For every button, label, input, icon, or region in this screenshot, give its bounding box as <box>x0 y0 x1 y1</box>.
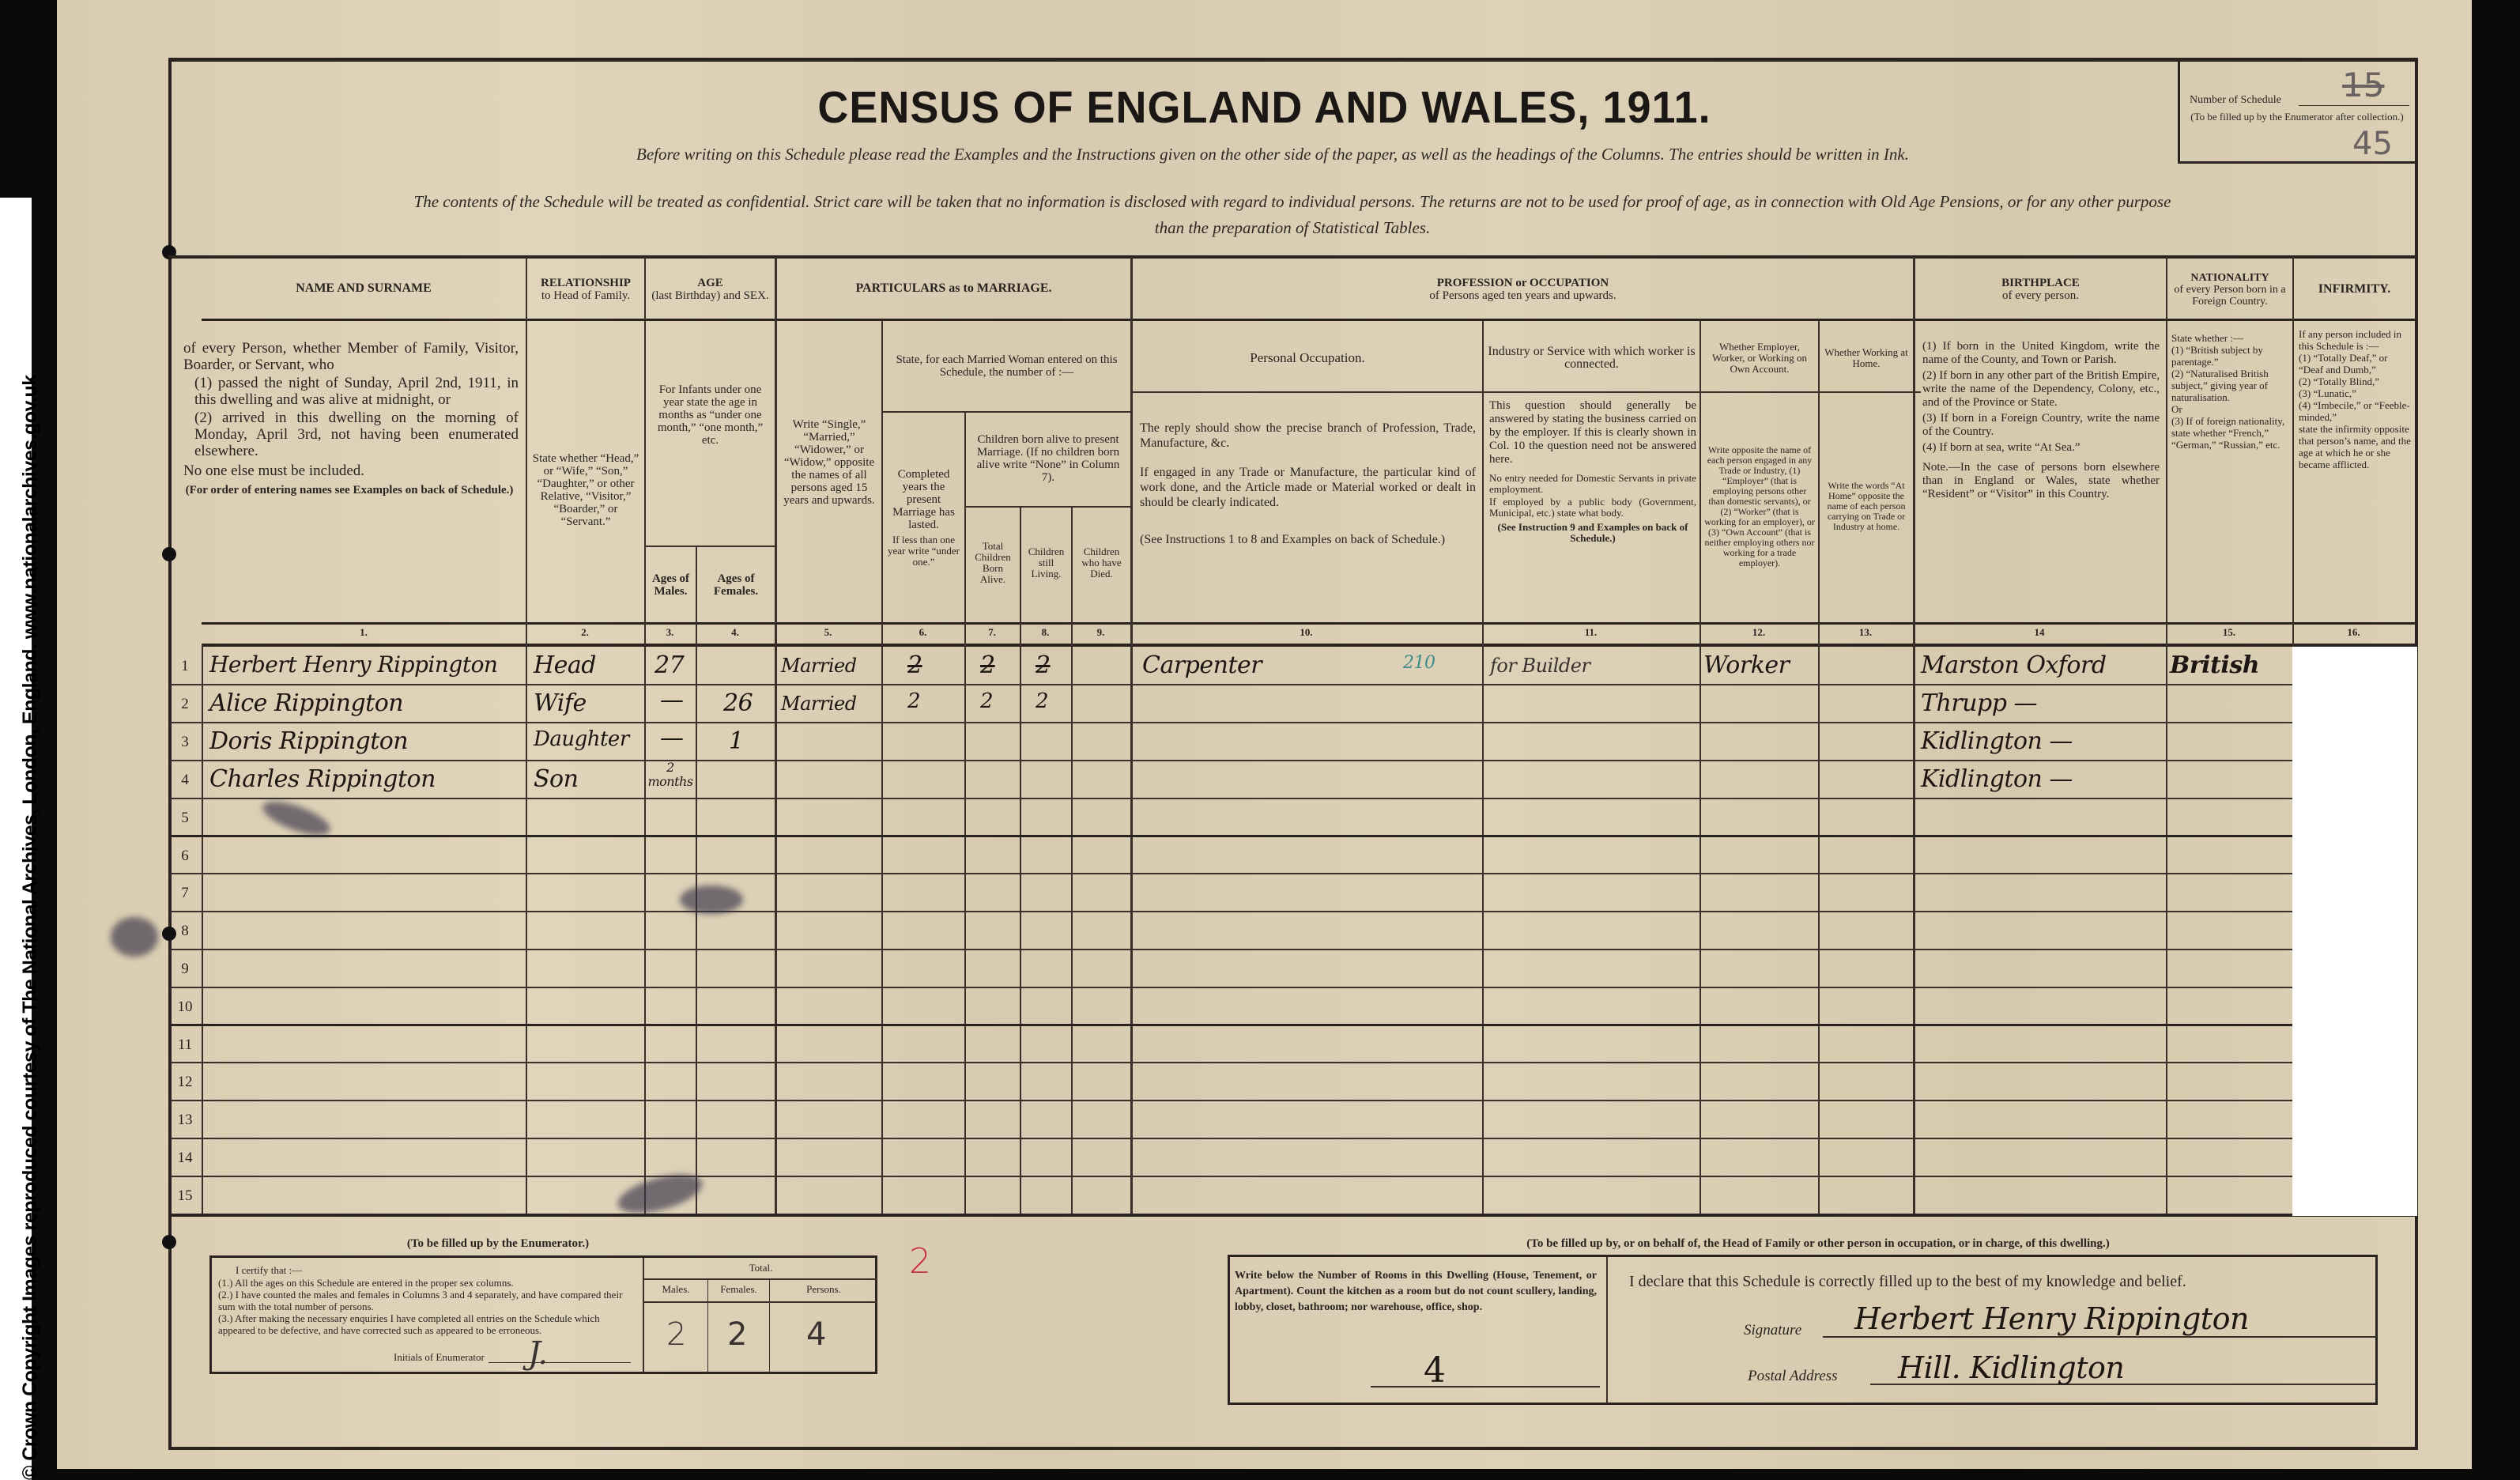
schedule-number-box: Number of Schedule (To be filled up by t… <box>2178 59 2417 164</box>
enumerator-items: (1.) All the ages on this Schedule are e… <box>218 1277 637 1336</box>
row-number: 9 <box>170 961 200 978</box>
red-pencil-mark: 2 <box>909 1241 931 1282</box>
person-age-female: 26 <box>723 689 753 717</box>
col-marriage-still-living: Children still Living. <box>1021 508 1071 618</box>
schedule-number-value: 45 <box>2352 126 2393 162</box>
col-nationality-instructions: State whether :— (1) “British subject by… <box>2171 332 2290 451</box>
row-number: 15 <box>170 1187 200 1205</box>
person-marriage: Married <box>781 655 857 677</box>
total-females: 2 <box>727 1316 747 1353</box>
col-occupation-personal: Personal Occupation. <box>1133 324 1482 391</box>
row-number: 4 <box>170 772 200 789</box>
col-nationality-header: NATIONALITY of every Person born in a Fo… <box>2167 261 2292 318</box>
males-label: Males. <box>644 1283 707 1296</box>
col-marriage-condition: Write “Single,” “Married,” “Widower,” or… <box>777 372 881 553</box>
person-name: Doris Rippington <box>209 727 408 755</box>
colnum-16: 16. <box>2292 626 2415 642</box>
colnum-7: 7. <box>964 626 1020 642</box>
col-age-females: Ages of Females. <box>697 547 775 622</box>
signature-label: Signature <box>1744 1322 1801 1339</box>
address-label: Postal Address <box>1748 1368 1837 1385</box>
row-number: 13 <box>170 1112 200 1129</box>
colnum-2: 2. <box>526 626 644 642</box>
total-males: 2 <box>666 1316 686 1353</box>
top-border <box>168 58 2417 62</box>
col-marriage-title: PARTICULARS as to MARRIAGE. <box>777 259 1130 319</box>
row-number: 5 <box>170 810 200 827</box>
person-name: Alice Rippington <box>209 689 403 717</box>
person-children-living: 2 <box>1036 689 1048 713</box>
signature: Herbert Henry Rippington <box>1854 1301 2249 1336</box>
col-infirmity-instructions: If any person included in this Schedule … <box>2299 328 2412 470</box>
colnum-5: 5. <box>775 626 881 642</box>
col-marriage-total-born: Total Children Born Alive. <box>966 508 1020 618</box>
schedule-number-label: Number of Schedule <box>2190 94 2281 107</box>
person-years-married: 2 <box>907 651 922 679</box>
person-children-born: 2 <box>980 651 995 679</box>
colnum-15: 15. <box>2166 626 2292 642</box>
person-age-female: 1 <box>729 727 744 755</box>
persons-label: Persons. <box>770 1283 877 1296</box>
col-occupation-home-instructions: Write the words “At Home” opposite the n… <box>1820 427 1913 585</box>
copyright-strip: © Crown Copyright Images reproduced cour… <box>0 198 32 1480</box>
row-number: 12 <box>170 1074 200 1091</box>
person-years-married: 2 <box>907 689 920 713</box>
total-persons: 4 <box>806 1316 826 1353</box>
females-label: Females. <box>708 1283 769 1296</box>
ink-smudge <box>111 917 158 957</box>
header-divider <box>202 319 2415 321</box>
person-relationship: Son <box>534 765 578 793</box>
instruction-line: Before writing on this Schedule please r… <box>237 145 2308 164</box>
row-number: 8 <box>170 923 200 940</box>
col-relationship-header: RELATIONSHIP to Head of Family. <box>527 261 644 318</box>
row-number: 6 <box>170 848 200 865</box>
binding-hole <box>162 1235 176 1249</box>
person-name: Herbert Henry Rippington <box>209 651 497 678</box>
col-marriage-children-header: Children born alive to present Marriage.… <box>966 413 1130 504</box>
person-birthplace: Thrupp — <box>1921 689 2037 717</box>
binding-hole <box>162 547 176 561</box>
col-occupation-industry: Industry or Service with which worker is… <box>1484 324 1699 391</box>
row-number: 10 <box>170 999 200 1016</box>
person-nationality: British <box>2170 651 2259 679</box>
person-relationship: Daughter <box>534 727 629 751</box>
person-industry: for Builder <box>1490 655 1590 677</box>
enumerator-initials: J. <box>528 1335 548 1372</box>
col-birthplace-instructions: (1) If born in the United Kingdom, write… <box>1922 340 2160 501</box>
person-occupation: Carpenter <box>1142 651 1262 679</box>
col-age-instructions: For Infants under one year state the age… <box>646 364 775 466</box>
schedule-number-note: (To be filled up by the Enumerator after… <box>2186 111 2408 123</box>
confidential-line: The contents of the Schedule will be tre… <box>174 192 2411 212</box>
person-age-male: — <box>660 724 684 752</box>
colnum-11: 11. <box>1482 626 1699 642</box>
row-number: 1 <box>170 658 200 675</box>
colnum-10: 10. <box>1130 626 1482 642</box>
row-number: 11 <box>170 1036 200 1054</box>
person-age-male: 27 <box>655 651 684 679</box>
col-marriage-married-woman: State, for each Married Woman entered on… <box>883 324 1130 407</box>
head-section-box: Write below the Number of Rooms in this … <box>1228 1255 2378 1405</box>
col-occupation-personal-instructions: The reply should show the precise branch… <box>1140 421 1476 547</box>
row-number: 3 <box>170 734 200 751</box>
page-title: CENSUS OF ENGLAND AND WALES, 1911. <box>57 81 2472 133</box>
person-birthplace: Marston Oxford <box>1921 651 2107 679</box>
col-name-title: NAME AND SURNAME <box>202 259 526 319</box>
occupation-code: 210 <box>1403 653 1435 673</box>
colnum-12: 12. <box>1699 626 1818 642</box>
postal-address: Hill. Kidlington <box>1898 1350 2124 1385</box>
col-infirmity-title: INFIRMITY. <box>2294 261 2415 318</box>
copyright-text: © Crown Copyright Images reproduced cour… <box>16 198 44 1480</box>
row-number: 14 <box>170 1150 200 1167</box>
redacted-area <box>2292 647 2417 1216</box>
person-marriage: Married <box>781 693 857 715</box>
head-section-heading: (To be filled up by, or on behalf of, th… <box>1233 1237 2403 1251</box>
colnum-13: 13. <box>1818 626 1913 642</box>
colnum-8: 8. <box>1020 626 1071 642</box>
row-number: 2 <box>170 696 200 713</box>
person-children-born: 2 <box>980 689 993 713</box>
col-age-header: AGE (last Birthday) and SEX. <box>646 261 775 318</box>
schedule-number-line <box>2299 105 2409 106</box>
col-marriage-years: Completed years the present Marriage has… <box>883 415 964 621</box>
col-occupation-industry-instructions: This question should generally be answer… <box>1489 399 1696 544</box>
col-marriage-died: Children who have Died. <box>1073 508 1130 618</box>
col-occupation-employer-instructions: Write opposite the name of each person e… <box>1701 394 1818 619</box>
initials-label: Initials of Enumerator <box>394 1351 485 1364</box>
ink-smudge <box>680 885 743 914</box>
person-age-male: 2 months <box>645 761 696 789</box>
colnum-6: 6. <box>881 626 964 642</box>
colnum-1: 1. <box>202 626 526 642</box>
enumerator-heading: (To be filled up by the Enumerator.) <box>202 1237 794 1251</box>
row-number: 7 <box>170 885 200 902</box>
rooms-count: 4 <box>1424 1350 1446 1391</box>
col-relationship-instructions: State whether “Head,” or “Wife,” “Son,” … <box>527 411 644 569</box>
person-birthplace: Kidlington — <box>1921 765 2073 793</box>
person-age-male: — <box>660 686 684 714</box>
enumerator-certify: I certify that :— <box>236 1264 302 1277</box>
person-relationship: Head <box>534 651 596 679</box>
col-name-instructions: of every Person, whether Member of Famil… <box>180 340 519 496</box>
table-bottom-border <box>168 1214 2417 1217</box>
total-label: Total. <box>644 1258 877 1278</box>
colnum-14: 14 <box>1913 626 2166 642</box>
col-birthplace-header: BIRTHPLACE of every person. <box>1915 261 2166 318</box>
enumerator-box: I certify that :— (1.) All the ages on t… <box>209 1255 877 1374</box>
header-bottom <box>202 622 2415 625</box>
person-name: Charles Rippington <box>209 765 436 793</box>
col-occupation-header: PROFESSION or OCCUPATION of Persons aged… <box>1133 261 1913 318</box>
declaration-text: I declare that this Schedule is correctl… <box>1629 1273 2186 1291</box>
col-age-males: Ages of Males. <box>646 547 696 622</box>
colnum-3: 3. <box>644 626 696 642</box>
colnum-4: 4. <box>696 626 775 642</box>
rooms-instructions: Write below the Number of Rooms in this … <box>1235 1268 1597 1316</box>
person-children-living: 2 <box>1036 651 1051 679</box>
person-birthplace: Kidlington — <box>1921 727 2073 755</box>
person-relationship: Wife <box>534 689 587 717</box>
col-occupation-employer: Whether Employer, Worker, or Working on … <box>1701 324 1818 391</box>
col-occupation-home: Whether Working at Home. <box>1820 324 1913 391</box>
colnum-9: 9. <box>1071 626 1130 642</box>
colnum-bottom <box>202 644 2415 647</box>
person-employment: Worker <box>1703 651 1789 679</box>
confidential-line-2: than the preparation of Statistical Tabl… <box>174 218 2411 238</box>
schedule-number-struck: 15 <box>2342 66 2384 104</box>
bottom-border <box>168 1447 2418 1450</box>
